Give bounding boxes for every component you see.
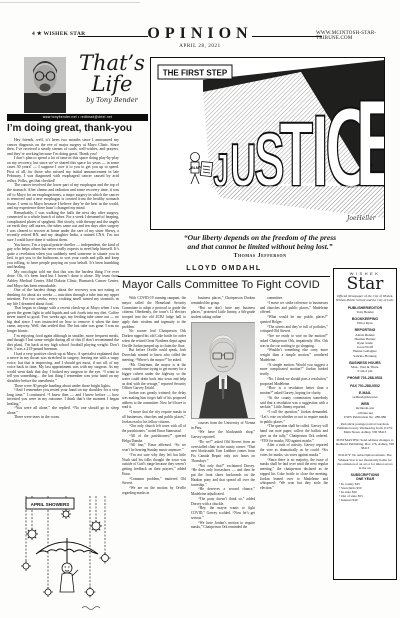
issue-date: APRIL 28, 2021 (0, 44, 400, 49)
tony-bender-photo (24, 57, 66, 113)
masthead-star: Star (336, 276, 394, 293)
newspaper-opinion-page: 4 ★ WISHEK STAR OPINION WWW.MCINTOSH-STA… (0, 0, 400, 618)
editorial-cartoon-april-showers: APRIL SHOWERS (18, 496, 113, 614)
omdahl-column-2: business places,” Chairperson Dorken rem… (191, 296, 255, 572)
subscription-rates: • In county $45• Snowbirds $50• In state… (336, 482, 394, 503)
official-newspaper-text: Official Newspaper of the City of Wishek… (336, 294, 394, 302)
thats-life-headline: I’m doing great, thank-you (7, 123, 157, 134)
hours-time: 9 am-2 pm (336, 369, 394, 373)
quote-line1: “Our liberty depends on the freedom of t… (130, 233, 390, 242)
thats-life-body: Hey friends, well, it’s been two months … (7, 138, 119, 490)
cartoon-caption: THE FIRST STEP (163, 69, 228, 78)
blm-shirt-label: BLM (191, 166, 199, 170)
masthead-info-box: WISHEK Star Official Newspaper of the Ci… (333, 268, 397, 580)
bookkeeping-name: Elliot Ryan (336, 321, 394, 325)
april-showers-cartoon-art: APRIL SHOWERS (18, 496, 113, 614)
cartoon-floor-shading (213, 186, 384, 218)
cartoonist-signature: JoeHeller (345, 215, 377, 222)
reporter-names: Alexis BenderHeather BarnesRyan JendeJor… (336, 333, 394, 358)
omdahl-column-3: committee.“I move we strike reference to… (260, 296, 328, 572)
periodical-notice: Periodical postage paid at Garrison. Pub… (336, 422, 394, 435)
cartoonist2-signature (82, 607, 100, 610)
header-rule-right (252, 36, 322, 37)
article-rule (118, 276, 330, 277)
first-step-cartoon-art: J U S T I C E BLM THE FIRST STEP Joe (151, 58, 384, 229)
jefferson-quote: “Our liberty depends on the freedom of t… (130, 233, 390, 251)
usps-number: USPS Publication No. 288-980 (336, 415, 394, 419)
phone-line: PHONE 701-288-0531 (336, 376, 394, 380)
lloyd-omdahl-photo (191, 322, 255, 419)
thats-life-byline: by Tony Bender (74, 97, 150, 104)
omdahl-article: With COVID-19 running rampant, the mayor… (122, 296, 328, 572)
header-rule-left (78, 36, 148, 37)
quote-attribution: Thomas Jefferson (130, 253, 390, 259)
publisher-name: Tony Bender (336, 310, 394, 314)
email-address: redhead@drtel.net (336, 395, 394, 399)
contact-bar: www.tonybender.net • redhead@drtel.net (7, 114, 148, 121)
postmaster-notice: POSTMASTER: Send address changes to Redh… (336, 438, 394, 451)
omdahl-column-2-top: business places,” Chairperson Dorken rem… (191, 296, 255, 320)
quote-line2: and that cannot be limited without being… (130, 242, 390, 251)
figure-under-umbrella (60, 563, 78, 592)
thats-life-title-line2: Life (74, 74, 150, 95)
columnist-byline: LLOYD OMDAHL (122, 265, 326, 272)
website-url: WWW.MCINTOSH-STAR-TRIBUNE.COM (316, 31, 400, 41)
thats-life-logo: That’s Life by Tony Bender (74, 53, 150, 104)
omdahl-column-1: With COVID-19 running rampant, the mayor… (122, 296, 186, 572)
editorial-cartoon-first-step: J U S T I C E BLM THE FIRST STEP Joe (150, 57, 385, 230)
omdahl-headline: Mayor Calls Committee To Fight COVID (122, 279, 334, 291)
policy-notice: POLICY: No subscription refunds. The Wis… (336, 453, 394, 470)
thats-life-title-line1: That’s (74, 53, 150, 74)
scan-edge-artifact (0, 2, 140, 3)
cartoon2-caption: APRIL SHOWERS (31, 502, 70, 507)
omdahl-column-2-bottom: courses from the University of Vienna in… (191, 421, 255, 530)
fax-line: FAX 701-288-0532 (336, 384, 394, 388)
